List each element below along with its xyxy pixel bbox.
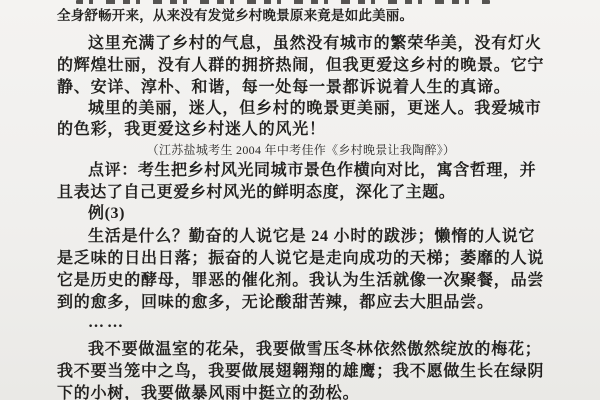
essay-line: 是乏味的日出日落；振奋的人说它是走向成功的天梯；萎靡的人说 (57, 249, 545, 269)
review-label: 点评： (88, 162, 138, 179)
essay-line: 城里的美丽，迷人，但乡村的晚景更美丽，更迷人。我爱城市 (57, 99, 576, 119)
essay-line: 的辉煌壮丽，没有人群的拥挤热闹，但我更爱这乡村的晚景。它宁 (57, 56, 545, 76)
essay-line: 这里充满了乡村的气息，虽然没有城市的繁荣华美，没有灯火 (57, 34, 576, 54)
review-line: 点评：考生把乡村风光同城市景色作横向对比，寓含哲理，并 (57, 161, 576, 181)
essay-line: 全身舒畅开来，从来没有发觉乡村晚景原来竟是如此美丽。 (57, 6, 545, 26)
review-text: 考生把乡村风光同城市景色作横向对比，寓含哲理，并 (138, 162, 536, 179)
review-line: 且表达了自己更爱乡村风光的鲜明态度，深化了主题。 (57, 183, 545, 203)
scanned-book-page: 全身舒畅开来，从来没有发觉乡村晚景原来竟是如此美丽。 这里充满了乡村的气息，虽然… (0, 0, 600, 400)
essay-line: 下的小树，我要做暴风雨中挺立的劲松。 (57, 384, 545, 400)
essay-line: 我不要当笼中之鸟，我要做展翅翱翔的雄鹰；我不愿做生长在绿阴 (57, 362, 545, 382)
essay-line: 我不要做温室的花朵，我要做雪压冬林依然傲然绽放的梅花； (57, 340, 576, 360)
essay-line: 静、安详、淳朴、和谐，每一处每一景都诉说着人生的真谛。 (57, 78, 545, 98)
clipped-text-line (76, 0, 490, 4)
essay-line: 的色彩，我更爱这乡村迷人的风光！ (57, 120, 545, 140)
ellipsis-line: …… (57, 313, 576, 333)
essay-line: 它是历史的酵母，罪恶的催化剂。我认为生活就像一次聚餐，品尝 (57, 271, 545, 291)
essay-line: 生活是什么？勤奋的人说它是 24 小时的跋涉；懒惰的人说它 (57, 227, 576, 247)
source-attribution: （江苏盐城考生 2004 年中考佳作《乡村晚景让我陶醉》） (57, 140, 545, 160)
example-heading: 例(3) (57, 204, 576, 224)
essay-line: 到的愈多，回味的愈多，无论酸甜苦辣，都应去大胆品尝。 (57, 293, 545, 313)
